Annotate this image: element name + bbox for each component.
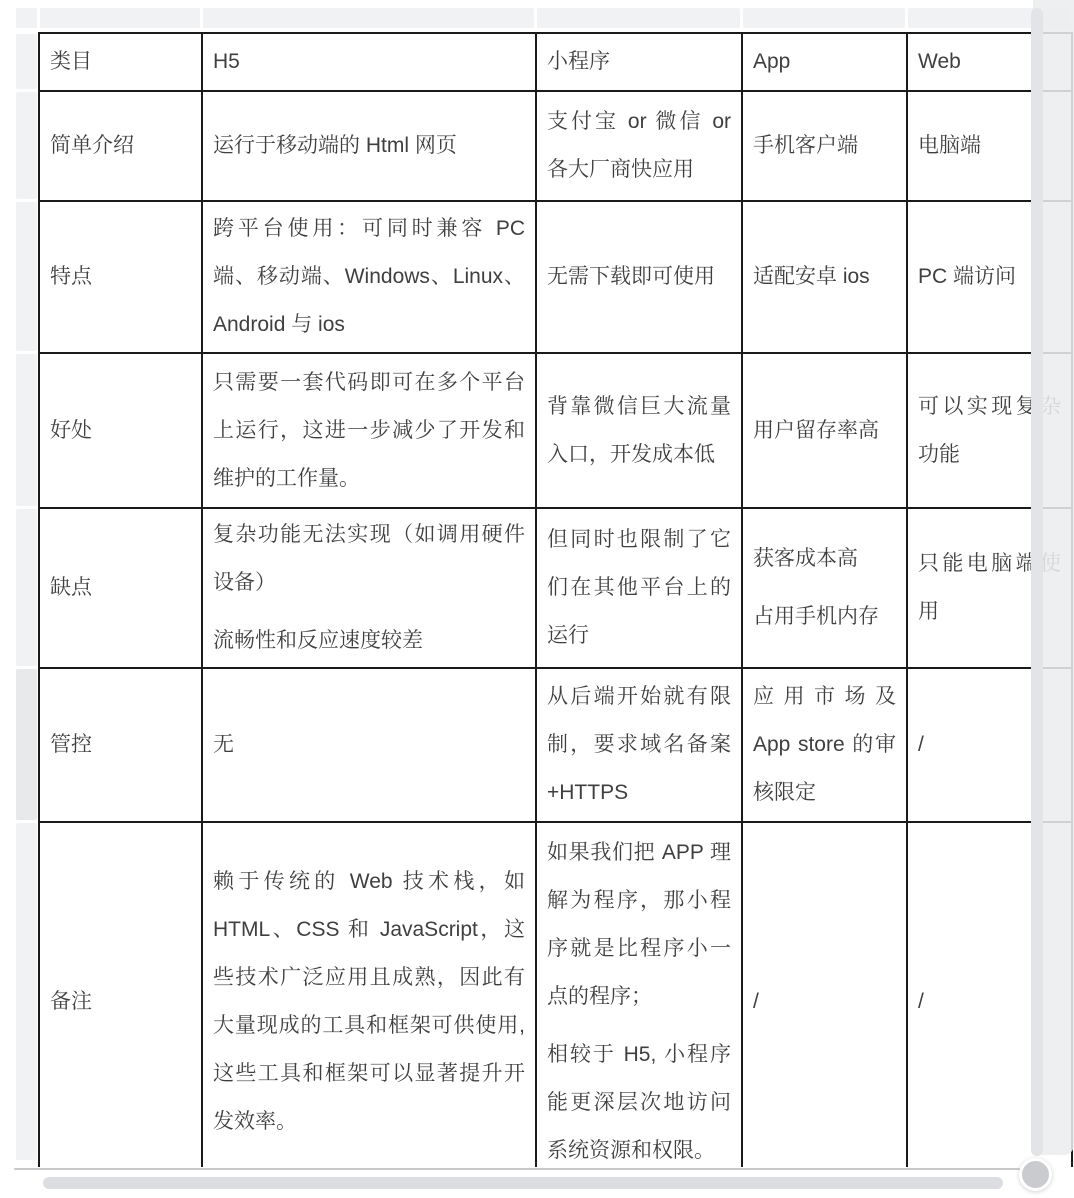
table-cell[interactable]: 背靠微信巨大流量入口，开发成本低 [536,353,742,508]
table-cell[interactable]: 获客成本高占用手机内存 [742,508,907,668]
column-handle[interactable] [203,8,534,28]
column-handle[interactable] [743,8,905,28]
table-row: 好处只需要一套代码即可在多个平台上运行，这进一步减少了开发和维护的工作量。背靠微… [39,353,1072,508]
table-cell[interactable]: 适配安卓 ios [742,201,907,353]
row-handle[interactable] [16,509,37,666]
row-label-cell[interactable]: 好处 [39,353,202,508]
row-handle[interactable] [16,354,37,506]
row-label-cell[interactable]: 简单介绍 [39,91,202,201]
scroll-corner-knob[interactable] [1019,1158,1052,1191]
table-cell[interactable]: 但同时也限制了它们在其他平台上的运行 [536,508,742,668]
horizontal-scrollbar-thumb[interactable] [43,1177,1003,1189]
cell-paragraph: 手机客户端 [753,122,896,170]
table-cell[interactable]: 应用市场及 App store 的审核限定 [742,668,907,822]
table-cell[interactable]: 用户留存率高 [742,353,907,508]
table-cell[interactable]: 从后端开始就有限制，要求域名备案+HTTPS [536,668,742,822]
cell-paragraph: 背靠微信巨大流量入口，开发成本低 [547,383,731,479]
cell-paragraph: / [753,978,896,1026]
row-handle[interactable] [16,669,37,820]
table-cell[interactable]: 手机客户端 [742,91,907,201]
row-handle[interactable] [16,823,37,1160]
table-cell[interactable]: 运行于移动端的 Html 网页 [202,91,536,201]
table-cell[interactable]: 如果我们把 APP 理解为程序，那小程序就是比程序小一点的程序；相较于 H5, … [536,822,742,1167]
column-header-cell[interactable]: 小程序 [536,33,742,91]
table-cell[interactable]: 赖于传统的 Web 技术栈，如 HTML、CSS 和 JavaScript，这些… [202,822,536,1167]
cell-paragraph: 占用手机内存 [753,593,896,641]
vertical-scrollbar-thumb[interactable] [1031,8,1043,1156]
table-row: 管控无从后端开始就有限制，要求域名备案+HTTPS应用市场及 App store… [39,668,1072,822]
table-corner-handle[interactable] [16,8,37,28]
table-cell[interactable]: / [742,822,907,1167]
row-handle[interactable] [16,34,37,89]
column-header-cell[interactable]: H5 [202,33,536,91]
cell-paragraph: 无需下载即可使用 [547,253,731,301]
table-viewport: 类目H5小程序AppWeb 简单介绍运行于移动端的 Html 网页支付宝 or … [38,32,1074,1167]
column-handle[interactable] [40,8,200,28]
table-row: 缺点复杂功能无法实现（如调用硬件设备）流畅性和反应速度较差但同时也限制了它们在其… [39,508,1072,668]
column-header-cell[interactable]: App [742,33,907,91]
cell-paragraph: 只需要一套代码即可在多个平台上运行，这进一步减少了开发和维护的工作量。 [213,359,525,503]
cell-paragraph: 跨平台使用：可同时兼容 PC 端、移动端、Windows、Linux、Andro… [213,205,525,349]
platform-comparison-table: 类目H5小程序AppWeb 简单介绍运行于移动端的 Html 网页支付宝 or … [38,32,1073,1167]
document-canvas: 类目H5小程序AppWeb 简单介绍运行于移动端的 Html 网页支付宝 or … [0,0,1074,1198]
cell-paragraph: 获客成本高 [753,535,896,583]
cell-paragraph: 相较于 H5, 小程序能更深层次地访问系统资源和权限。 [547,1031,731,1167]
row-label-cell[interactable]: 管控 [39,668,202,822]
table-cell[interactable]: 无需下载即可使用 [536,201,742,353]
cell-paragraph: 适配安卓 ios [753,253,896,301]
cell-paragraph: 复杂功能无法实现（如调用硬件设备） [213,511,525,607]
table-row: 特点跨平台使用：可同时兼容 PC 端、移动端、Windows、Linux、And… [39,201,1072,353]
table-row: 简单介绍运行于移动端的 Html 网页支付宝 or 微信 or 各大厂商快应用手… [39,91,1072,201]
row-label-cell[interactable]: 特点 [39,201,202,353]
table-cell[interactable]: 无 [202,668,536,822]
table-header-row: 类目H5小程序AppWeb [39,33,1072,91]
table-cell[interactable]: 跨平台使用：可同时兼容 PC 端、移动端、Windows、Linux、Andro… [202,201,536,353]
cell-paragraph: 用户留存率高 [753,407,896,455]
cell-paragraph: 支付宝 or 微信 or 各大厂商快应用 [547,98,731,194]
row-label-cell[interactable]: 备注 [39,822,202,1167]
cell-paragraph: 流畅性和反应速度较差 [213,617,525,665]
column-handle[interactable] [537,8,740,28]
cell-paragraph: 如果我们把 APP 理解为程序，那小程序就是比程序小一点的程序； [547,829,731,1021]
cell-paragraph: 应用市场及 App store 的审核限定 [753,673,896,817]
table-cell[interactable]: 支付宝 or 微信 or 各大厂商快应用 [536,91,742,201]
table-row: 备注赖于传统的 Web 技术栈，如 HTML、CSS 和 JavaScript，… [39,822,1072,1167]
table-cell[interactable]: 只需要一套代码即可在多个平台上运行，这进一步减少了开发和维护的工作量。 [202,353,536,508]
row-handle[interactable] [16,92,37,199]
table-cell[interactable]: 复杂功能无法实现（如调用硬件设备）流畅性和反应速度较差 [202,508,536,668]
row-handle[interactable] [16,202,37,351]
cell-paragraph: 无 [213,721,525,769]
cell-paragraph: 但同时也限制了它们在其他平台上的运行 [547,516,731,660]
cell-paragraph: 赖于传统的 Web 技术栈，如 HTML、CSS 和 JavaScript，这些… [213,858,525,1146]
cell-paragraph: 从后端开始就有限制，要求域名备案+HTTPS [547,673,731,817]
column-header-cell[interactable]: 类目 [39,33,202,91]
table-bottom-divider [14,1168,1020,1170]
cell-paragraph: 运行于移动端的 Html 网页 [213,122,525,170]
row-label-cell[interactable]: 缺点 [39,508,202,668]
